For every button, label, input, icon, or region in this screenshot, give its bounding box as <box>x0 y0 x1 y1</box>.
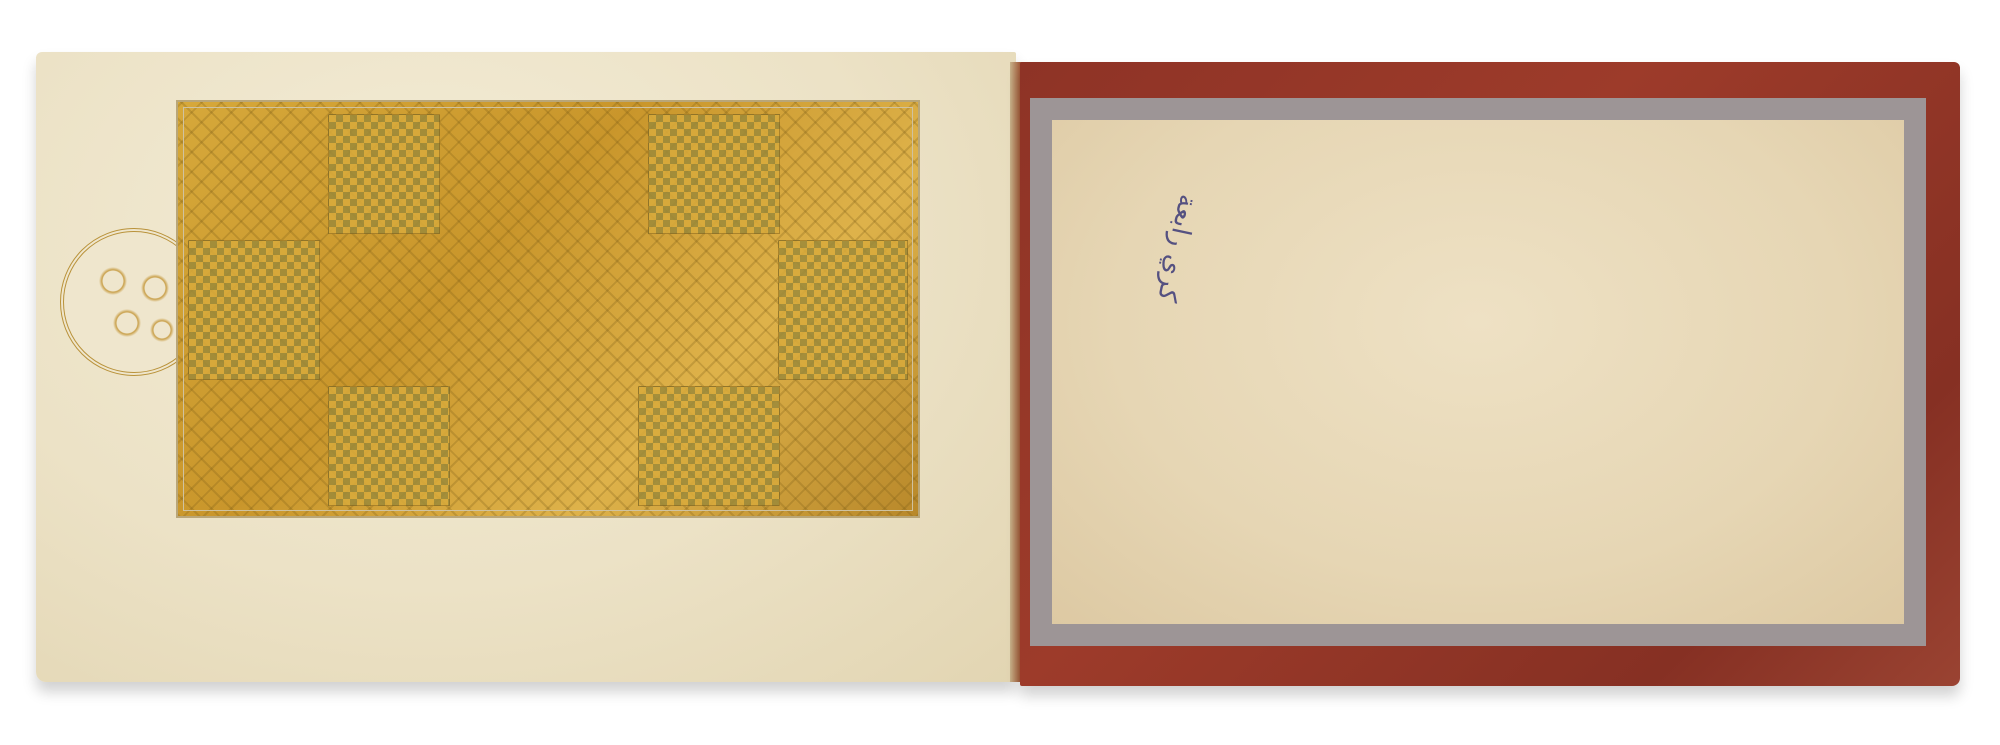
checker-cell <box>638 386 780 506</box>
gilt-illuminated-panel <box>176 100 920 518</box>
checker-cell <box>648 114 780 234</box>
checker-cell <box>328 114 440 234</box>
checker-cell <box>328 386 450 506</box>
manuscript-photograph: كري رابعة <box>0 0 2000 745</box>
checker-cell <box>778 240 908 380</box>
checker-cell <box>188 240 320 380</box>
